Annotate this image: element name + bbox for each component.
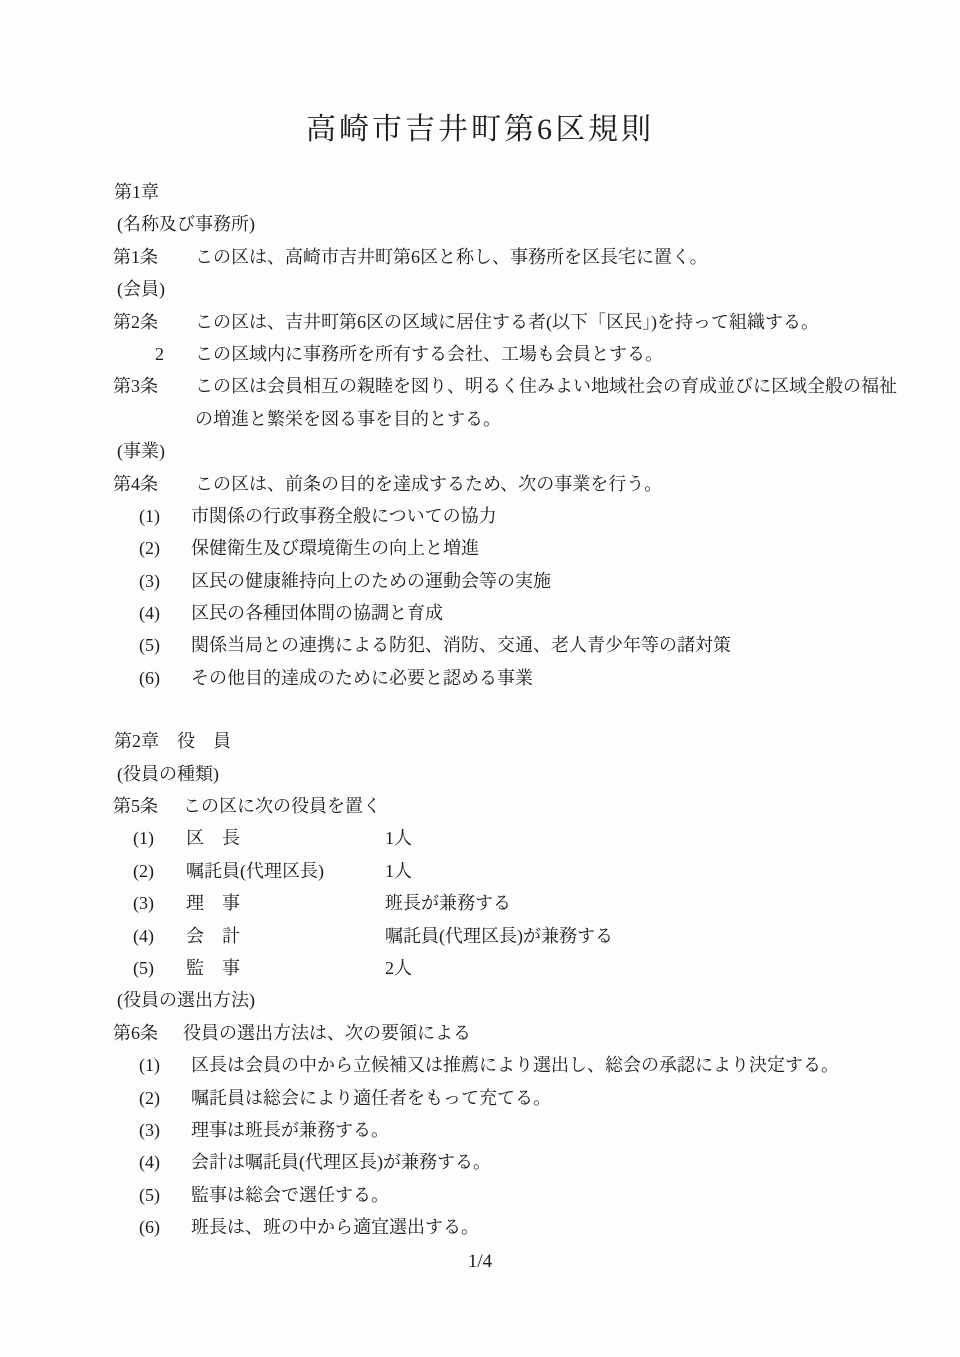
sub-marker: 2 (155, 338, 195, 370)
page-number: 1/4 (0, 1246, 960, 1278)
item-marker: (5) (139, 629, 191, 661)
doc-line-chapter: 第1章 (0, 176, 960, 208)
item-marker: (6) (139, 1211, 191, 1243)
line-text: の増進と繁栄を図る事を目的とする。 (195, 409, 501, 429)
doc-line-article: 第6条役員の選出方法は、次の要領による (0, 1017, 960, 1049)
doc-line-item: (1)区長は会員の中から立候補又は推薦により選出し、総会の承認により決定する。 (0, 1049, 960, 1081)
item-marker: (2) (139, 532, 191, 564)
line-text: (役員の選出方法) (117, 990, 255, 1010)
role-value: 嘱託員(代理区長)が兼務する (385, 920, 613, 952)
article-marker: 第1条 (113, 241, 195, 273)
line-text: 会計は嘱託員(代理区長)が兼務する。 (191, 1152, 491, 1172)
article-marker: 第3条 (113, 370, 195, 402)
doc-line-item: (6)その他目的達成のために必要と認める事業 (0, 662, 960, 694)
item-marker: (3) (139, 1114, 191, 1146)
line-text: 監事は総会で選任する。 (191, 1185, 389, 1205)
line-text: この区は会員相互の親睦を図り、明るく住みよい地域社会の育成並びに区域全般の福祉 (195, 376, 897, 396)
doc-line-item2: (4)会 計嘱託員(代理区長)が兼務する (0, 920, 960, 952)
doc-line-article: 第2条この区は、吉井町第6区の区域に居住する者(以下「区民」)を持って組織する。 (0, 306, 960, 338)
doc-line-article: 第5条この区に次の役員を置く (0, 790, 960, 822)
doc-line-paren: (役員の種類) (0, 758, 960, 790)
doc-line-item2: (1)区 長1人 (0, 822, 960, 854)
item-marker: (1) (133, 822, 186, 854)
doc-line-item: (3)理事は班長が兼務する。 (0, 1114, 960, 1146)
item-marker: (4) (139, 597, 191, 629)
doc-line-article: 第3条この区は会員相互の親睦を図り、明るく住みよい地域社会の育成並びに区域全般の… (0, 370, 960, 402)
document-body: 第1章(名称及び事務所)第1条この区は、高崎市吉井町第6区と称し、事務所を区長宅… (0, 176, 960, 1244)
item-marker: (3) (139, 565, 191, 597)
line-text: (役員の種類) (117, 764, 219, 784)
line-text: 嘱託員は総会により適任者をもって充てる。 (191, 1088, 551, 1108)
role-value: 班長が兼務する (385, 887, 511, 919)
role-name: 理 事 (186, 893, 240, 913)
role-value: 1人 (385, 855, 412, 887)
line-text: (事業) (117, 441, 165, 461)
doc-line-item: (5)関係当局との連携による防犯、消防、交通、老人青少年等の諸対策 (0, 629, 960, 661)
doc-line-article: 第4条この区は、前条の目的を達成するため、次の事業を行う。 (0, 468, 960, 500)
role-value: 1人 (385, 822, 412, 854)
line-text: 役員の選出方法は、次の要領による (183, 1023, 471, 1043)
item-marker: (1) (139, 1049, 191, 1081)
role-name: 会 計 (186, 926, 240, 946)
line-text: 理事は班長が兼務する。 (191, 1120, 389, 1140)
item-marker: (1) (139, 500, 191, 532)
article-marker: 第4条 (113, 468, 195, 500)
doc-line-item2: (2)嘱託員(代理区長)1人 (0, 855, 960, 887)
page-title: 高崎市吉井町第6区規則 (0, 108, 960, 152)
line-text: この区に次の役員を置く (183, 796, 381, 816)
doc-line-item: (4)区民の各種団体間の協調と育成 (0, 597, 960, 629)
line-text: この区は、高崎市吉井町第6区と称し、事務所を区長宅に置く。 (195, 247, 708, 267)
doc-line-sub: 2この区域内に事務所を所有する会社、工場も会員とする。 (0, 338, 960, 370)
doc-line-item: (2)嘱託員は総会により適任者をもって充てる。 (0, 1082, 960, 1114)
line-text: 区長は会員の中から立候補又は推薦により選出し、総会の承認により決定する。 (191, 1055, 839, 1075)
doc-line-item: (6)班長は、班の中から適宜選出する。 (0, 1211, 960, 1243)
line-text: この区は、前条の目的を達成するため、次の事業を行う。 (195, 474, 662, 494)
item-marker: (6) (139, 662, 191, 694)
line-text: (名称及び事務所) (117, 214, 255, 234)
item-marker: (2) (133, 855, 186, 887)
doc-line-paren: (名称及び事務所) (0, 208, 960, 240)
document-page: 高崎市吉井町第6区規則 第1章(名称及び事務所)第1条この区は、高崎市吉井町第6… (0, 0, 960, 1357)
line-text: 関係当局との連携による防犯、消防、交通、老人青少年等の諸対策 (191, 635, 731, 655)
line-text: 第1章 (114, 182, 159, 202)
role-name: 嘱託員(代理区長) (186, 861, 324, 881)
role-name: 区 長 (186, 828, 240, 848)
item-marker: (3) (133, 887, 186, 919)
line-text: 区民の健康維持向上のための運動会等の実施 (191, 571, 551, 591)
doc-line-item2: (3)理 事班長が兼務する (0, 887, 960, 919)
doc-line-article: 第1条この区は、高崎市吉井町第6区と称し、事務所を区長宅に置く。 (0, 241, 960, 273)
line-text: その他目的達成のために必要と認める事業 (191, 668, 533, 688)
line-text: (会員) (117, 279, 165, 299)
doc-line-item: (2)保健衛生及び環境衛生の向上と増進 (0, 532, 960, 564)
doc-line-cont: の増進と繁栄を図る事を目的とする。 (0, 403, 960, 435)
item-marker: (4) (133, 920, 186, 952)
doc-line-item: (4)会計は嘱託員(代理区長)が兼務する。 (0, 1146, 960, 1178)
article-marker: 第2条 (113, 306, 195, 338)
doc-line-item2: (5)監 事2人 (0, 952, 960, 984)
item-marker: (2) (139, 1082, 191, 1114)
doc-line-paren: (役員の選出方法) (0, 984, 960, 1016)
doc-line-item: (5)監事は総会で選任する。 (0, 1179, 960, 1211)
doc-line-paren: (会員) (0, 273, 960, 305)
line-text: 区民の各種団体間の協調と育成 (191, 603, 443, 623)
article-marker: 第6条 (113, 1017, 183, 1049)
item-marker: (5) (133, 952, 186, 984)
doc-line-item: (3)区民の健康維持向上のための運動会等の実施 (0, 565, 960, 597)
line-text: この区域内に事務所を所有する会社、工場も会員とする。 (195, 344, 663, 364)
item-marker: (4) (139, 1146, 191, 1178)
role-value: 2人 (385, 952, 412, 984)
doc-line-item: (1)市関係の行政事務全般についての協力 (0, 500, 960, 532)
line-text: 保健衛生及び環境衛生の向上と増進 (191, 538, 479, 558)
doc-line-paren: (事業) (0, 435, 960, 467)
line-text: 市関係の行政事務全般についての協力 (191, 506, 497, 526)
article-marker: 第5条 (113, 790, 183, 822)
line-text: 班長は、班の中から適宜選出する。 (191, 1217, 479, 1237)
line-text: この区は、吉井町第6区の区域に居住する者(以下「区民」)を持って組織する。 (195, 312, 819, 332)
doc-line-chapter: 第2章 役 員 (0, 725, 960, 757)
role-name: 監 事 (186, 958, 240, 978)
line-text: 第2章 役 員 (114, 731, 231, 751)
item-marker: (5) (139, 1179, 191, 1211)
